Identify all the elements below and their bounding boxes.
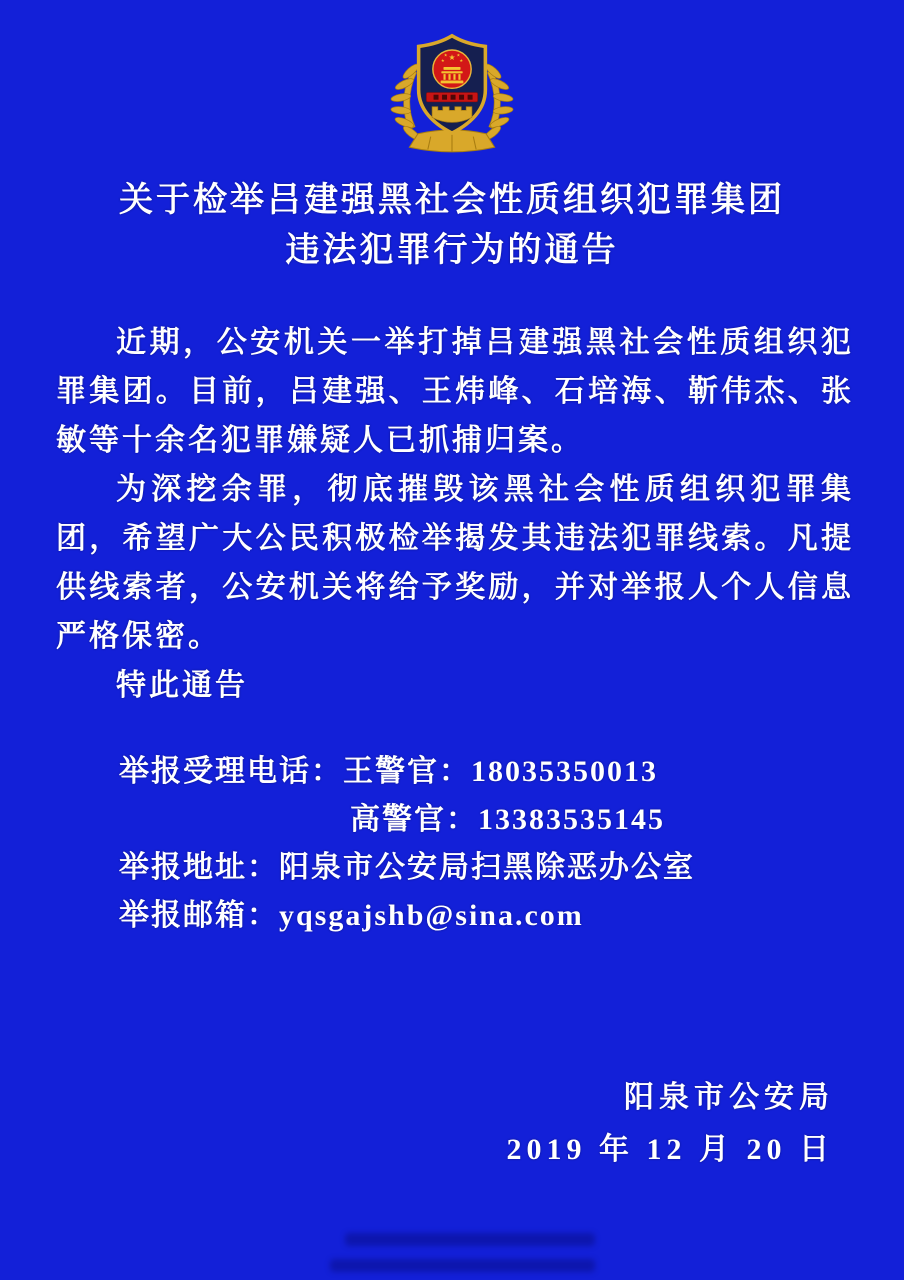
notice-page: ★ ★ ★ ★ ★ <box>0 0 904 1280</box>
phone-line-1: 举报受理电话：王警官：18035350013 <box>119 748 864 796</box>
svg-text:★: ★ <box>459 58 463 64</box>
officer1-phone: 王警官：18035350013 <box>343 755 658 788</box>
issue-date: 2019 年 12 月 20 日 <box>0 1124 834 1176</box>
notice-body: 近期，公安机关一举打掉吕建强黑社会性质组织犯罪集团。目前，吕建强、王炜峰、石培海… <box>56 318 854 710</box>
ghost-watermark-row2 <box>330 1259 595 1272</box>
police-badge-art: ★ ★ ★ ★ ★ <box>381 30 523 158</box>
paragraph-reward: 为深挖余罪，彻底摧毁该黑社会性质组织犯罪集团，希望广大公民积极检举揭发其违法犯罪… <box>56 465 854 661</box>
phone-label: 举报受理电话： <box>119 755 343 788</box>
svg-text:★: ★ <box>456 52 460 58</box>
issuing-agency: 阳泉市公安局 <box>0 1072 834 1124</box>
notice-title: 关于检举吕建强黑社会性质组织犯罪集团 违法犯罪行为的通告 <box>0 176 904 276</box>
notice-title-line1: 关于检举吕建强黑社会性质组织犯罪集团 <box>0 176 904 226</box>
phone-line-2: 高警官：13383535145 <box>119 796 864 844</box>
svg-text:★: ★ <box>449 53 456 62</box>
officer2-phone: 高警官：13383535145 <box>350 803 665 836</box>
report-address: 举报地址：阳泉市公安局扫黑除恶办公室 <box>119 844 864 892</box>
svg-text:★: ★ <box>444 52 448 58</box>
svg-text:★: ★ <box>441 58 445 64</box>
report-email: 举报邮箱：yqsgajshb@sina.com <box>119 892 864 940</box>
ghost-watermark-row1 <box>345 1233 595 1246</box>
notice-title-line2: 违法犯罪行为的通告 <box>0 226 904 276</box>
paragraph-arrests: 近期，公安机关一举打掉吕建强黑社会性质组织犯罪集团。目前，吕建强、王炜峰、石培海… <box>56 318 854 465</box>
closing-statement: 特此通告 <box>56 661 854 710</box>
contact-block: 举报受理电话：王警官：18035350013 高警官：13383535145 举… <box>119 748 864 940</box>
signature-block: 阳泉市公安局 2019 年 12 月 20 日 <box>0 1072 834 1176</box>
police-badge-icon: ★ ★ ★ ★ ★ <box>381 30 523 163</box>
